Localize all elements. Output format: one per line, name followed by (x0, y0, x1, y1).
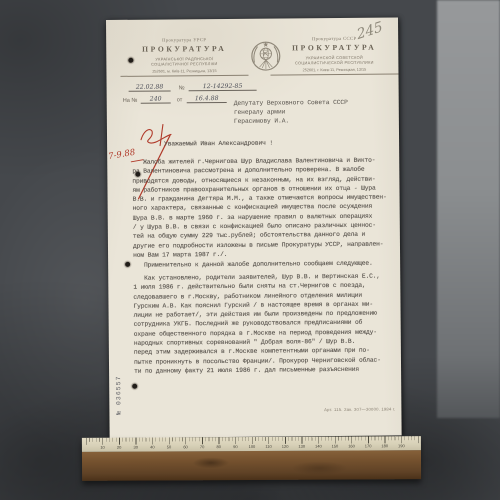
ruler-number: 170 (365, 443, 372, 448)
letterhead-left-address: 252601, м. Київ-11, Рєзницька, 13/15 (120, 69, 248, 77)
number-sign-label: № (179, 85, 185, 91)
ruler-number: 150 (332, 444, 339, 449)
ruler-number: 160 (348, 443, 355, 448)
ruler-number: 140 (315, 444, 322, 449)
ruler-number: 110 (265, 444, 271, 449)
ruler-number: 130 (298, 444, 305, 449)
ruler-number: 80 (216, 444, 220, 449)
incoming-date-handwritten: 16.4.88 (187, 95, 227, 103)
letterhead-right-sub2: СОЦИАЛИСТИЧЕСКОЙ РЕСПУБЛИКИ (270, 60, 398, 66)
ruler-number: 50 (167, 444, 171, 449)
letterhead-left: Прокуратура УРСР ПРОКУРАТУРА УКРАЇНСЬКОЇ… (120, 37, 248, 77)
ruler-wood-body (82, 450, 421, 481)
letterhead-left-title: ПРОКУРАТУРА (120, 44, 248, 54)
registration-stamp: № 036557 (115, 357, 123, 415)
ruler-number: 30 (133, 445, 137, 450)
ruler-number: 10 (100, 445, 104, 450)
salutation: Уважаемый Иван Александрович ! (164, 138, 364, 149)
reply-prefix-label: На № (123, 98, 138, 104)
sent-date-handwritten: 22.02.88 (129, 83, 171, 91)
letterhead-right-title: ПРОКУРАТУРА (270, 42, 398, 52)
ruler-number: 120 (282, 444, 289, 449)
ruler-number: 90 (233, 444, 237, 449)
wooden-ruler: 1020304050607080901001101201301401501601… (82, 436, 421, 481)
punch-hole (135, 172, 140, 177)
document-paper: 245 Прокуратура УРСР ПРОКУРАТУРА УКРАЇНС… (106, 17, 402, 438)
letterhead-left-dept: Прокуратура УРСР (120, 37, 248, 43)
ruler-number: 70 (200, 444, 204, 449)
body-paragraph-2: Применительно к данной жалобе дополнител… (133, 258, 403, 270)
body-paragraph-1: Жалоба жителей г.Чернигова Шур Владислав… (132, 155, 403, 260)
ruler-number: 190 (398, 443, 405, 448)
incoming-number-handwritten: 240 (141, 95, 171, 103)
ruler-number: 180 (381, 443, 388, 448)
ruler-number: 20 (117, 445, 121, 450)
ruler-number: 60 (183, 444, 187, 449)
ruler-number: 100 (249, 444, 256, 449)
punch-hole (128, 58, 133, 63)
outgoing-number-handwritten: 12-14292-85 (189, 83, 257, 92)
print-note: Арт. 115. Зак. 307—30000. 1984 г. (324, 406, 395, 412)
letterhead-left-sub2: СОЦІАЛІСТИЧНОЇ РЕСПУБЛІКИ (120, 61, 248, 67)
ruler-number: 40 (150, 445, 154, 450)
letterhead-right-dept: Прокуратура СССР (270, 35, 398, 41)
from-label: от (177, 97, 183, 103)
letterhead-right: Прокуратура СССР ПРОКУРАТУРА УКРАИНСКОЙ … (270, 35, 398, 75)
photo-background: 245 Прокуратура УРСР ПРОКУРАТУРА УКРАЇНС… (0, 0, 500, 500)
punch-hole (125, 262, 130, 267)
addressee-block: Депутату Верховного Совета СССР генералу… (234, 98, 348, 126)
punch-hole (132, 384, 137, 389)
background-light-band (437, 0, 500, 418)
ruler-scale: 1020304050607080901001101201301401501601… (82, 436, 421, 452)
body-paragraph-3: Как установлено, родители заявителей, Шу… (133, 271, 404, 376)
letterhead-right-address: 252601, г. Киев-11, Резницкая, 13/15 (270, 68, 398, 76)
